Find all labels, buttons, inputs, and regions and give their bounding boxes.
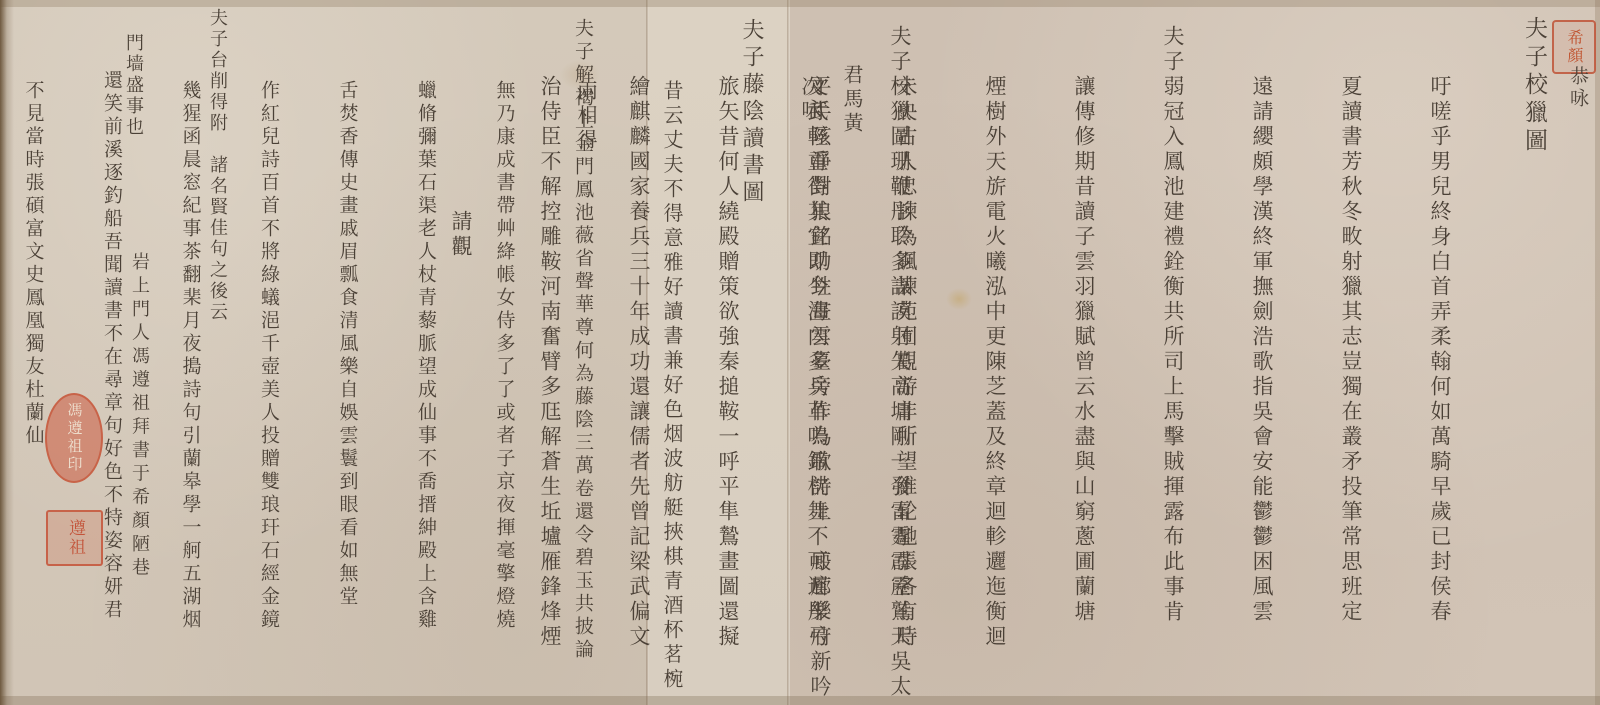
signature-line: 岩上門人馮遵祖拜書于希顏陋巷	[130, 252, 148, 581]
title-fuzi-xiaolie-tu: 夫子校獵圖	[1522, 16, 1545, 156]
poem-column: 吁嗟乎男兒終身白首弄柔翰何如萬騎早歲已封侯春	[1429, 18, 1450, 705]
title-fuzi-tengyin-dushu-tu: 夫子藤陰讀書圖	[740, 18, 762, 207]
poem-column: 夫子解褐上金門鳳池薇省聲華尊何為藤陰三萬卷還令碧玉共披論	[573, 18, 592, 705]
mount-edge-top	[0, 0, 1600, 7]
poem-column: 不見當時張碩富文史鳳凰獨友杜蘭仙	[24, 18, 43, 705]
artist-seal-square-icon: 遵祖	[46, 510, 103, 566]
poem-column: 昔云丈夫不得意雅好讀書兼好色烟波舫艇挾棋青酒杯茗椀	[662, 18, 682, 705]
artist-seal-square-text: 遵祖	[66, 519, 83, 557]
colophon-line: 夫子台削得附 諸名賢佳句之後云	[208, 8, 226, 695]
poem-column: 夫子校獵圖珊鞭彤聆多謀謨射矢高墉剛一發雷霆霹靂鷲天吳太	[889, 18, 910, 705]
colophon-note: 夫子台削得附 諸名賢佳句之後云 門墙盛事也	[58, 8, 262, 695]
artist-seal-oval-icon: 馮遵祖印	[45, 393, 103, 483]
artist-seal-oval-text: 馮遵祖印	[67, 402, 82, 474]
poem-column: 讓傳修期昔讀子雲羽獵賦曾云水盡與山窮蔥圃蘭塘	[1073, 18, 1094, 705]
poem-column: 無乃康成書帶艸絳帳女侍多了了或者子京夜揮毫擎燈燒	[495, 18, 514, 705]
dedication-label: 恭咏	[1568, 66, 1587, 110]
next-chant-label: 次咏	[800, 76, 820, 122]
poem-column: 夏讀書芳秋冬畋射獵其志豈獨在叢矛投筆常思班定	[1340, 18, 1361, 705]
poem-column: 煙樹外天旂電火曦泓中更陳芝蓋及終章迴軫邐迤衡迴	[984, 18, 1005, 705]
yuefu-title-junmahuang: 君馬黃	[842, 64, 862, 136]
mount-edge-right	[1595, 0, 1600, 705]
collector-seal-text: 希顏	[1566, 29, 1582, 65]
poem-column: 夫子弱冠入鳳池建禮銓衡共所司上馬擊賊揮露布此事肯	[1162, 18, 1183, 705]
poem-column: 遠請纓頗學漢終軍撫劍浩歌指吳會安能鬱鬱困風雲	[1251, 18, 1272, 705]
poem-column: 蠟脩彌葉石渠老人杖青藜脈望成仙事不喬搢紳殿上含雞	[416, 18, 435, 705]
poem-column: 舌焚香傳史畫戚眉瓢食清風樂自娛雲鬟到眼看如無堂	[338, 18, 357, 705]
handscroll-colophon-page: 希顏 恭咏 夫子校獵圖 吁嗟乎男兒終身白首弄柔翰何如萬騎早歲已封侯春 夏讀書芳秋…	[0, 0, 1600, 705]
